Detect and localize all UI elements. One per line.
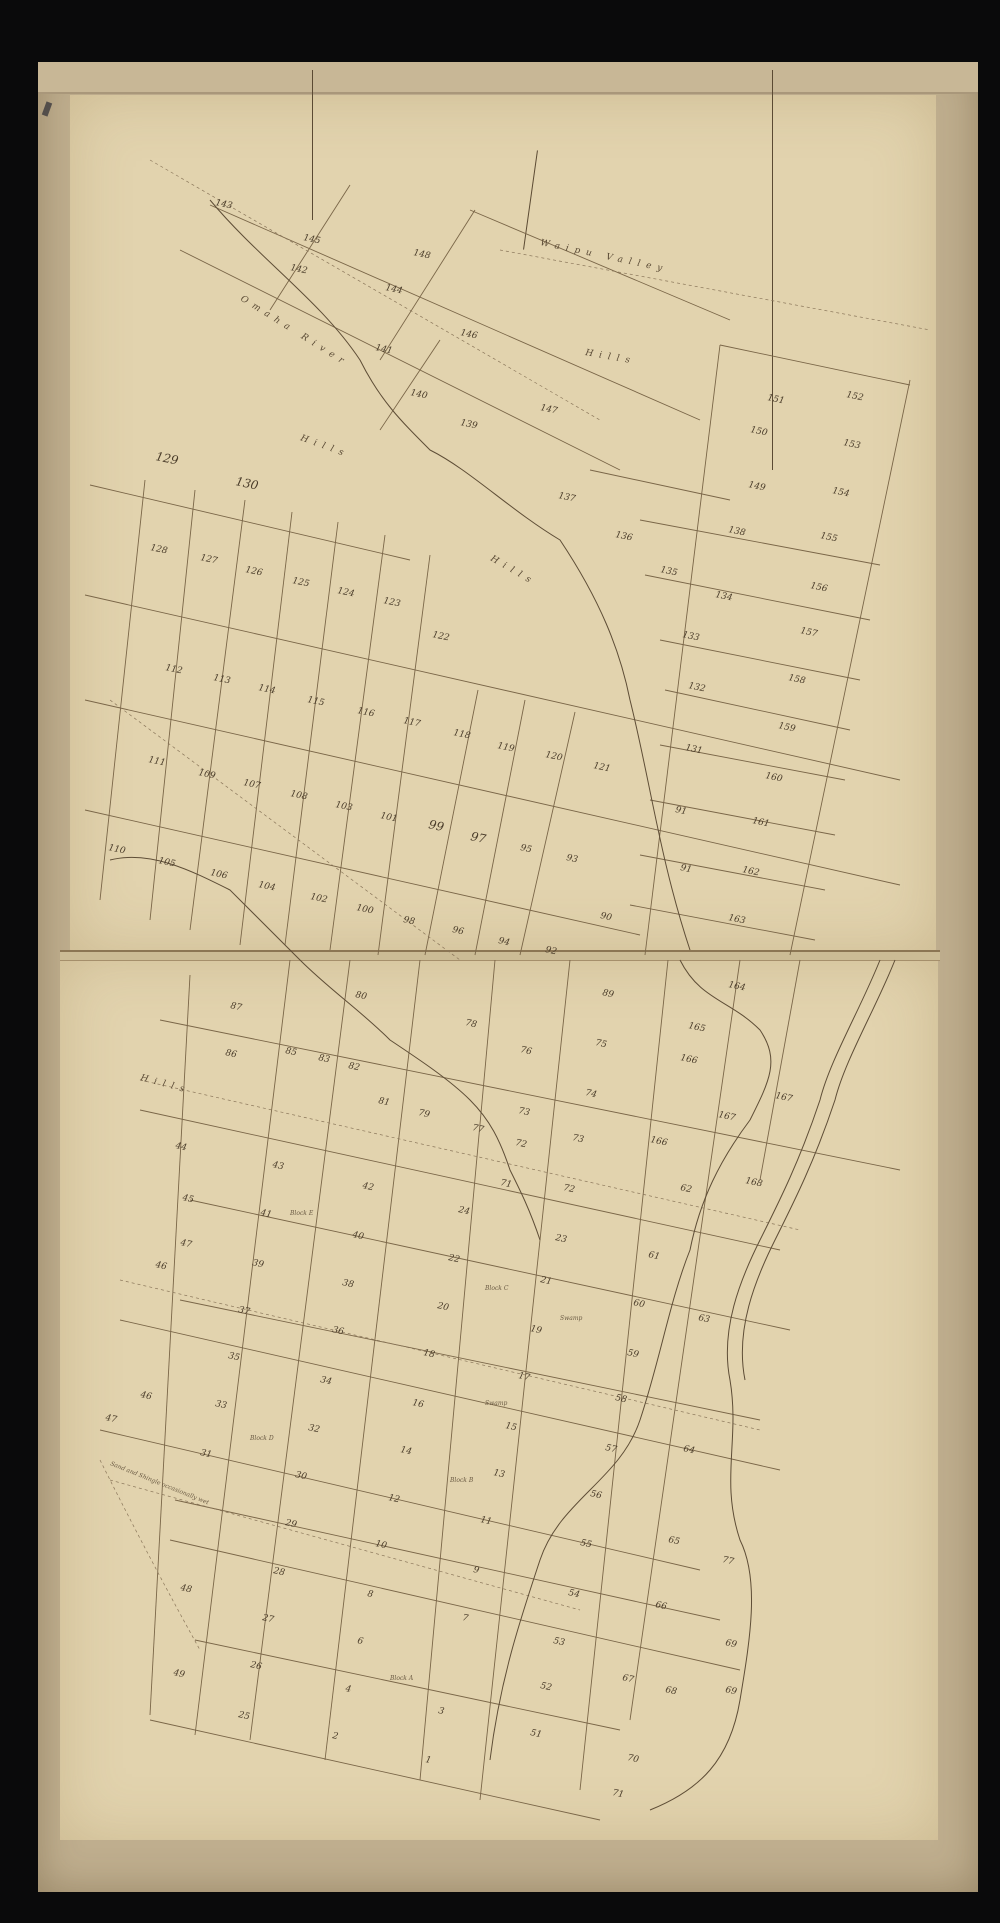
lot-number: 156: [809, 581, 828, 594]
lot-number: 38: [341, 1278, 355, 1290]
block-label: Block A: [389, 1675, 414, 1682]
block-label: Block D: [249, 1435, 274, 1442]
swamp-label: Swamp: [485, 1400, 508, 1407]
lot-number: 115: [306, 695, 325, 708]
valley-label: Waipu Valley: [539, 238, 669, 275]
lot-number: 15: [504, 1421, 518, 1433]
main-river-east-bank: [742, 960, 895, 1380]
lot-number: 69: [724, 1638, 738, 1650]
creek: [110, 857, 540, 1240]
lot-number: 91: [679, 863, 692, 875]
lot-number: 78: [464, 1018, 478, 1030]
lot-number: 22: [446, 1253, 461, 1265]
lot-number: 107: [242, 778, 261, 791]
survey-map: Omaha River Hills Hills Hills Hills Waip…: [0, 0, 1000, 1923]
block-label: Block C: [484, 1285, 509, 1292]
lot-number: 42: [360, 1181, 375, 1193]
lot-number: 105: [157, 856, 176, 869]
lot-number: 72: [562, 1183, 576, 1195]
lot-number: 120: [544, 750, 563, 763]
lot-number: 62: [679, 1183, 693, 1195]
lot-number: 103: [334, 800, 353, 813]
lot-number: 150: [749, 425, 768, 438]
lot-number: 104: [257, 880, 276, 893]
lot-number: 106: [209, 868, 228, 881]
lot-number: 94: [497, 936, 511, 948]
lot-number: 44: [173, 1141, 188, 1153]
lot-number: 31: [199, 1448, 212, 1460]
lot-number: 147: [539, 403, 558, 416]
lot-number: 81: [377, 1096, 390, 1108]
lot-number: 164: [727, 980, 746, 993]
lot-number: 80: [354, 990, 368, 1002]
lot-number: 26: [248, 1660, 263, 1672]
lot-number: 49: [171, 1668, 186, 1680]
lot-number: 146: [459, 328, 478, 341]
beach-note: Sand and Shingle occasionally wet: [109, 1460, 210, 1506]
lot-number: 4: [343, 1684, 352, 1695]
lot-number: 112: [164, 663, 183, 676]
lot-number: 131: [684, 743, 703, 756]
lot-number: 59: [626, 1348, 640, 1360]
lot-number: 45: [180, 1193, 195, 1205]
lot-number: 46: [138, 1390, 153, 1402]
lot-number: 167: [774, 1091, 793, 1104]
lot-number: 73: [517, 1106, 531, 1118]
lot-number: 63: [697, 1313, 711, 1325]
lot-number: 123: [382, 596, 401, 609]
lot-number: 56: [589, 1489, 603, 1501]
lot-number: 37: [237, 1305, 251, 1317]
hills-label: Hills: [583, 348, 636, 367]
lot-number: 69: [724, 1685, 738, 1697]
lot-number: 160: [764, 771, 783, 784]
lot-number: 143: [214, 198, 233, 211]
lot-number: 109: [197, 768, 216, 781]
lot-number: 68: [664, 1685, 678, 1697]
lot-number: 48: [178, 1583, 193, 1595]
lot-number: 163: [727, 913, 746, 926]
lot-number: 158: [787, 673, 806, 686]
lot-number: 140: [409, 388, 428, 401]
lot-number: 28: [271, 1566, 286, 1578]
lot-number: 10: [374, 1539, 388, 1551]
lot-number: 41: [258, 1208, 272, 1220]
lot-number: 7: [461, 1613, 469, 1624]
lot-number: 96: [451, 925, 465, 937]
lot-number: 73: [571, 1133, 585, 1145]
lot-number: 117: [402, 716, 421, 729]
lot-number: 61: [647, 1250, 660, 1262]
lot-number: 67: [621, 1673, 635, 1685]
lot-number: 141: [374, 343, 393, 356]
lot-number: 36: [331, 1325, 345, 1337]
lot-number: 167: [717, 1110, 736, 1123]
lot-number: 144: [384, 283, 403, 296]
lot-number: 153: [842, 438, 861, 451]
lot-number: 65: [667, 1535, 681, 1547]
lot-number: 85: [284, 1046, 298, 1058]
lot-number: 102: [309, 892, 328, 905]
lot-number: 157: [799, 626, 818, 639]
lot-number: 122: [431, 630, 450, 643]
lot-number: 155: [819, 531, 838, 544]
lot-number: 6: [356, 1636, 364, 1647]
lot-number: 14: [399, 1445, 413, 1457]
lot-number: 46: [153, 1260, 168, 1272]
lot-number: 39: [251, 1258, 265, 1270]
lot-number: 70: [626, 1753, 640, 1765]
block-label: Block E: [289, 1210, 314, 1217]
lot-number: 40: [350, 1230, 365, 1242]
lot-number: 64: [682, 1444, 696, 1456]
lot-number: 119: [496, 741, 515, 754]
lot-number: 111: [147, 755, 166, 768]
river-label: Omaha River: [238, 294, 350, 369]
lot-number: 82: [347, 1061, 361, 1073]
lot-number: 92: [544, 945, 558, 957]
lot-number: 129: [154, 449, 180, 468]
place-labels: Omaha River Hills Hills Hills Hills Waip…: [109, 238, 669, 1682]
lot-numbers-lower: 8786858382817977807876757473737271728916…: [103, 980, 793, 1800]
lot-number: 98: [402, 915, 416, 927]
lot-number: 145: [302, 233, 321, 246]
lot-number: 47: [103, 1413, 118, 1425]
lot-number: 1: [424, 1755, 432, 1766]
lot-number: 89: [601, 988, 615, 1000]
lot-number: 33: [214, 1399, 228, 1411]
lot-number: 136: [614, 530, 633, 543]
lot-number: 2: [330, 1731, 339, 1742]
lot-number: 60: [632, 1298, 646, 1310]
lot-number: 35: [227, 1351, 241, 1363]
lot-number: 154: [831, 486, 850, 499]
lot-number: 91: [674, 805, 687, 817]
lot-number: 114: [257, 683, 276, 696]
lot-number: 75: [594, 1038, 608, 1050]
lot-number: 124: [336, 586, 355, 599]
lot-number: 3: [437, 1706, 445, 1717]
lot-number: 8: [366, 1589, 374, 1600]
lot-number: 118: [452, 728, 471, 741]
hills-label: Hills: [488, 553, 538, 588]
lot-number: 55: [579, 1538, 593, 1550]
lot-number: 108: [289, 789, 308, 802]
lot-number: 100: [355, 903, 374, 916]
lot-number: 21: [538, 1275, 552, 1287]
lot-number: 51: [529, 1728, 542, 1740]
lot-number: 159: [777, 721, 796, 734]
lot-number: 97: [469, 829, 487, 846]
lot-number: 137: [557, 491, 576, 504]
lot-number: 20: [435, 1301, 450, 1313]
lot-number: 86: [224, 1048, 238, 1060]
lot-number: 30: [294, 1470, 308, 1482]
lot-number: 24: [456, 1205, 471, 1217]
lot-number: 128: [149, 543, 168, 556]
lot-number: 71: [499, 1178, 512, 1190]
lot-number: 166: [679, 1053, 698, 1066]
lot-number: 27: [260, 1613, 275, 1625]
lot-number: 25: [236, 1710, 251, 1722]
lot-number: 52: [539, 1681, 553, 1693]
lot-number: 83: [317, 1053, 331, 1065]
lot-number: 165: [687, 1021, 706, 1034]
lot-number: 116: [356, 706, 375, 719]
lot-number: 149: [747, 480, 766, 493]
lot-number: 87: [229, 1001, 243, 1013]
lot-number: 95: [519, 843, 533, 855]
hills-label: Hills: [138, 1073, 191, 1096]
lot-number: 162: [741, 865, 760, 878]
lot-number: 72: [514, 1138, 528, 1150]
lot-number: 11: [479, 1515, 492, 1527]
lot-number: 13: [492, 1468, 506, 1480]
lot-number: 12: [387, 1493, 401, 1505]
lot-number: 66: [654, 1600, 668, 1612]
lot-number: 99: [427, 817, 445, 834]
lot-number: 166: [649, 1135, 668, 1148]
lot-number: 93: [565, 853, 579, 865]
lot-number: 133: [681, 630, 700, 643]
lot-number: 54: [567, 1588, 581, 1600]
lot-number: 32: [307, 1423, 321, 1435]
swamp-label: Swamp: [560, 1315, 583, 1322]
lot-number: 74: [584, 1088, 598, 1100]
lot-number: 127: [199, 553, 218, 566]
lot-number: 58: [614, 1393, 628, 1405]
lot-number: 47: [178, 1238, 193, 1250]
hills-label: Hills: [298, 433, 350, 460]
lot-number: 110: [107, 843, 126, 856]
lot-number: 77: [721, 1555, 735, 1567]
lot-number: 139: [459, 418, 478, 431]
lot-number: 130: [234, 474, 260, 493]
lot-number: 125: [291, 576, 310, 589]
lot-number: 57: [604, 1443, 618, 1455]
lot-number: 135: [659, 565, 678, 578]
lot-number: 121: [592, 761, 611, 774]
lot-number: 19: [529, 1324, 543, 1336]
lot-number: 17: [517, 1371, 531, 1383]
lot-number: 132: [687, 681, 706, 694]
lot-number: 161: [751, 816, 770, 829]
lot-number: 79: [417, 1108, 431, 1120]
lot-number: 77: [471, 1123, 485, 1135]
lot-number: 43: [270, 1160, 285, 1172]
lot-number: 148: [412, 248, 431, 261]
lot-number: 23: [553, 1233, 568, 1245]
lot-numbers-upper: 1431451481421441411461401391471291301281…: [107, 198, 864, 957]
lot-number: 76: [519, 1045, 533, 1057]
lot-number: 9: [472, 1565, 480, 1576]
lot-number: 151: [766, 393, 785, 406]
lot-number: 113: [212, 673, 231, 686]
lot-number: 34: [319, 1375, 333, 1387]
lot-number: 101: [379, 811, 398, 824]
rivers: [110, 200, 895, 1810]
lot-number: 16: [411, 1398, 425, 1410]
survey-lines: [85, 185, 910, 1820]
lot-number: 152: [845, 390, 864, 403]
lot-number: 90: [599, 911, 613, 923]
lot-number: 53: [552, 1636, 566, 1648]
omaha-river: [210, 200, 690, 950]
block-label: Block B: [449, 1477, 474, 1484]
lot-number: 126: [244, 565, 263, 578]
lot-number: 71: [611, 1788, 624, 1800]
lot-number: 18: [422, 1348, 436, 1360]
